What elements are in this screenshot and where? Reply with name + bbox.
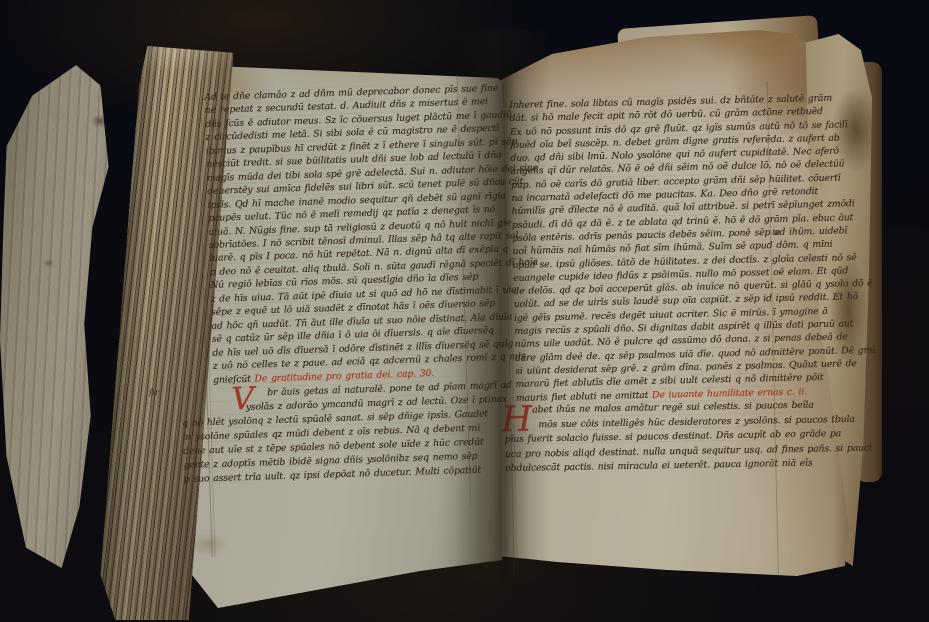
right-red-initial: H [501, 403, 532, 439]
insertion-caret-right: ‸ [768, 237, 780, 244]
marginal-note-left-text: ſir [149, 388, 159, 398]
right-page-text-block: Inheret fine. sola libtas cū magīs psidē… [509, 93, 792, 405]
left-red-initial: V [231, 384, 254, 416]
marginal-note-right: te ‸ [772, 230, 780, 244]
left-page-paragraph-2: V br āuis getas aī naturalē. pone te ad … [181, 380, 472, 487]
marginal-note-left: ſir ‸ [149, 390, 159, 404]
insertion-caret-left: ‸ [145, 397, 159, 404]
marginal-note-right-text: te [772, 228, 780, 238]
left-page-text-block: Ad te dñe clamāo z ad dñm mū deprecabor … [204, 83, 469, 387]
ink-text: abet ihūs ne malos amātur regē sui celes… [532, 400, 814, 416]
photo-stage: Ad te dñe clamāo z ad dñm mū deprecabor … [0, 0, 929, 622]
right-page-paragraph-2: H abet ihūs ne malos amātur regē sui cel… [504, 399, 801, 477]
